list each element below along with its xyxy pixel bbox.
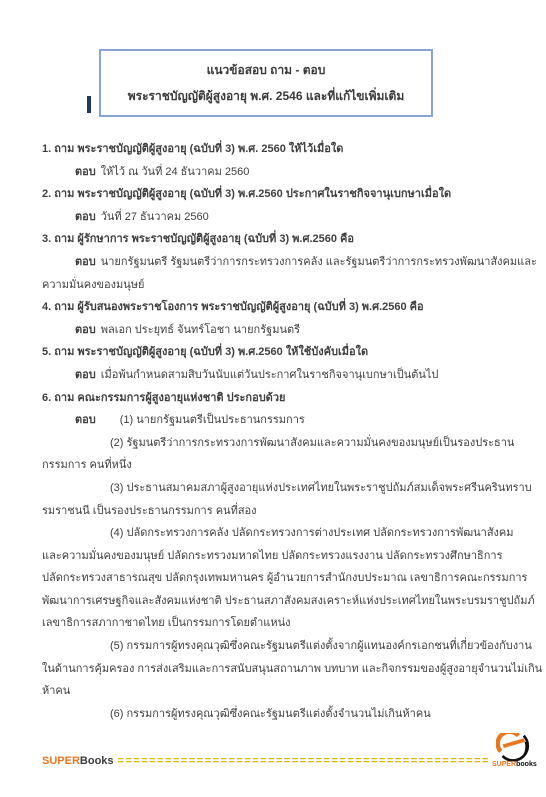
logo-text-super: SUPER — [492, 761, 516, 768]
question-line: 6. ถาม คณะกรรมการผู้สูงอายุแห่งชาติ ประก… — [0, 387, 546, 410]
answer-line: (4) ปลัดกระทรวงการคลัง ปลัดกระทรวงการต่า… — [0, 522, 546, 545]
answer-line: เลขาธิการสภากาชาดไทย เป็นกรรมการโดยตำแหน… — [0, 612, 546, 635]
answer-label: ตอบ — [75, 166, 96, 178]
question-line: 1. ถาม พระราชบัญญัติผู้สูงอายุ (ฉบับที่ … — [0, 138, 546, 161]
answer-line: ห้าคน — [0, 680, 546, 703]
answer-line: กรรมการ คนที่หนึ่ง — [0, 454, 546, 477]
superbooks-logo-text: SUPERbooks — [492, 761, 536, 768]
superbooks-logo-icon — [496, 733, 532, 763]
answer-line: ในด้านการคุ้มครอง การส่งเสริมและการสนับส… — [0, 658, 546, 681]
question-line: 3. ถาม ผู้รักษาการ พระราชบัญญัติผู้สูงอา… — [0, 228, 546, 251]
answer-line: ตอบวันที่ 27 ธันวาคม 2560 — [0, 206, 546, 229]
answer-label: ตอบ — [75, 211, 96, 223]
answer-line: รมราชนนี เป็นรองประธานกรรมการ คนที่สอง — [0, 500, 546, 523]
footer-brand-super: SUPER — [42, 755, 80, 767]
answer-text: นายกรัฐมนตรี รัฐมนตรีว่าการกระทรวงการคลั… — [101, 256, 537, 268]
answer-line: ตอบให้ไว้ ณ วันที่ 24 ธันวาคม 2560 — [0, 161, 546, 184]
footer-row: SUPERBooks =============================… — [0, 749, 546, 773]
text-cursor — [87, 96, 91, 113]
exam-title-line2: พระราชบัญญัติผู้สูงอายุ พ.ศ. 2546 และที่… — [101, 83, 431, 109]
page-footer: SUPERBooks =============================… — [0, 733, 546, 777]
footer-brand: SUPERBooks — [42, 755, 114, 767]
answer-line: ตอบนายกรัฐมนตรี รัฐมนตรีว่าการกระทรวงการ… — [0, 251, 546, 274]
question-line: 5. ถาม พระราชบัญญัติผู้สูงอายุ (ฉบับที่ … — [0, 341, 546, 364]
logo-text-books: books — [516, 761, 537, 768]
answer-label: ตอบ — [75, 324, 96, 336]
answer-line: ปลัดกระทรวงสาธารณสุข ปลัดกรุงเทพมหานคร ผ… — [0, 567, 546, 590]
answer-text: เมื่อพ้นกำหนดสามสิบวันนับแต่วันประกาศในร… — [101, 369, 439, 381]
answer-line: ความมั่นคงของมนุษย์ — [0, 274, 546, 297]
answer-line: (2) รัฐมนตรีว่าการกระทรวงการพัฒนาสังคมแล… — [0, 432, 546, 455]
answer-text: ให้ไว้ ณ วันที่ 24 ธันวาคม 2560 — [101, 166, 250, 178]
document-page: แนวข้อสอบ ถาม - ตอบ พระราชบัญญัติผู้สูงอ… — [0, 0, 546, 797]
answer-line: (3) ประธานสมาคมสภาผู้สูงอายุแห่งประเทศไท… — [0, 477, 546, 500]
question-line: 2. ถาม พระราชบัญญัติผู้สูงอายุ (ฉบับที่ … — [0, 183, 546, 206]
answer-label: ตอบ — [75, 369, 96, 381]
document-lines: 1. ถาม พระราชบัญญัติผู้สูงอายุ (ฉบับที่ … — [0, 138, 546, 725]
answer-label: ตอบ — [75, 414, 96, 426]
answer-line: ตอบเมื่อพ้นกำหนดสามสิบวันนับแต่วันประกาศ… — [0, 364, 546, 387]
footer-brand-books: Books — [80, 755, 114, 767]
answer-line: และความมั่นคงของมนุษย์ ปลัดกระทรวงมหาดไท… — [0, 545, 546, 568]
answer-text: วันที่ 27 ธันวาคม 2560 — [101, 211, 209, 223]
answer-line: (5) กรรมการผู้ทรงคุณวุฒิซึ่งคณะรัฐมนตรีแ… — [0, 635, 546, 658]
answer-line: ตอบพลเอก ประยุทธ์ จันทร์โอชา นายกรัฐมนตร… — [0, 319, 546, 342]
question-line: 4. ถาม ผู้รับสนองพระราชโองการ พระราชบัญญ… — [0, 296, 546, 319]
answer-line: (6) กรรมการผู้ทรงคุณวุฒิซึ่งคณะรัฐมนตรีแ… — [0, 703, 546, 726]
answer-line: ตอบ(1) นายกรัฐมนตรีเป็นประธานกรรมการ — [0, 409, 546, 432]
answer-text: พลเอก ประยุทธ์ จันทร์โอชา นายกรัฐมนตรี — [101, 324, 300, 336]
answer-text: (1) นายกรัฐมนตรีเป็นประธานกรรมการ — [120, 414, 305, 426]
exam-title-line1: แนวข้อสอบ ถาม - ตอบ — [101, 57, 431, 83]
footer-separator: ========================================… — [118, 755, 488, 767]
answer-label: ตอบ — [75, 256, 96, 268]
title-box: แนวข้อสอบ ถาม - ตอบ พระราชบัญญัติผู้สูงอ… — [99, 49, 433, 117]
superbooks-logo: SUPERbooks — [492, 733, 536, 773]
answer-line: พัฒนาการเศรษฐกิจและสังคมแห่งชาติ ประธานส… — [0, 590, 546, 613]
